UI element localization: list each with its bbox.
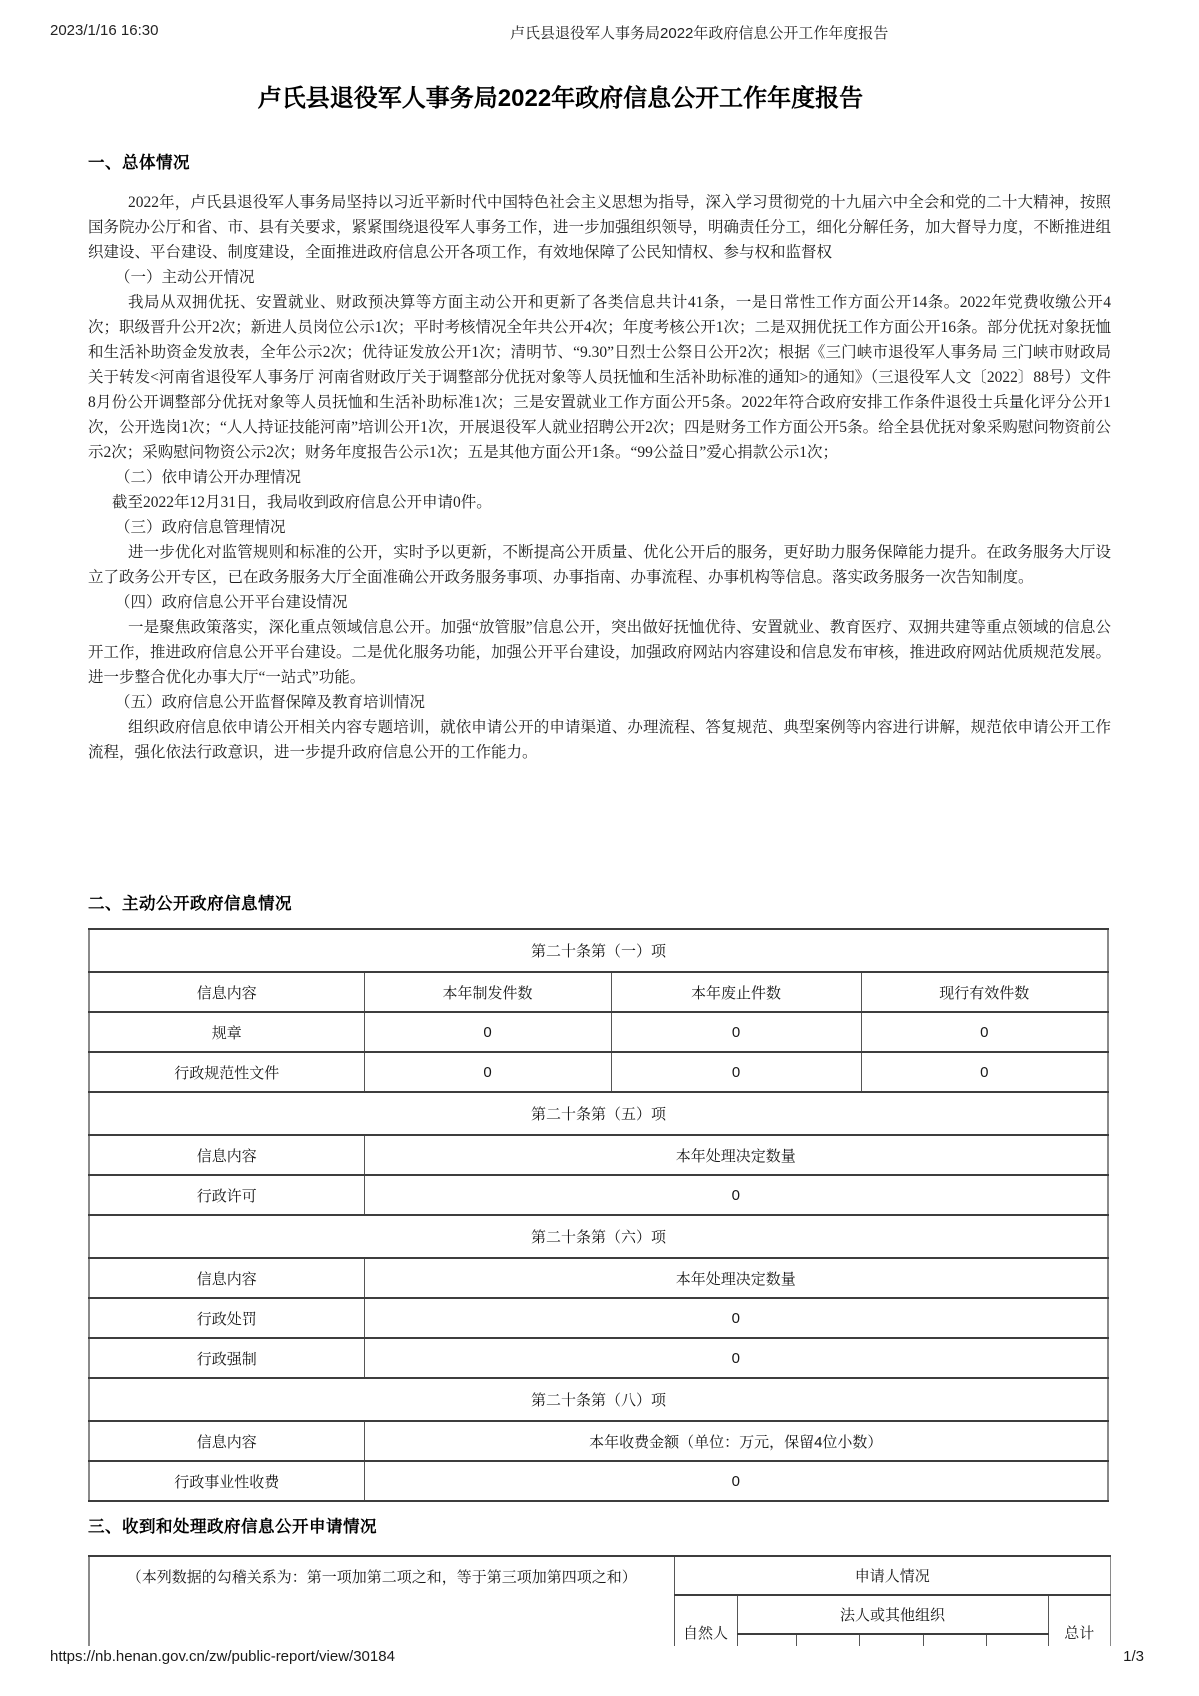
table-cell: 0 [364,1012,611,1052]
document-page: 卢氏县退役军人事务局2022年政府信息公开工作年度报告 一、总体情况 2022年… [0,84,1199,1646]
table-cell-cutoff [859,1634,923,1646]
subsection-heading-1: （一）主动公开情况 [88,265,1111,290]
table-header-row: 信息内容 本年处理决定数量 [89,1258,1108,1298]
table-header-cell: 本年处理决定数量 [364,1135,1108,1175]
table-section-title: 第二十条第（六）项 [89,1215,1108,1258]
subsection-heading-2: （二）依申请公开办理情况 [88,465,1111,490]
footer-url: https://nb.henan.gov.cn/zw/public-report… [50,1648,395,1665]
table-cell: 0 [611,1012,861,1052]
table-header-cell: 现行有效件数 [861,972,1108,1012]
paragraph-supervision: 组织政府信息依申请公开相关内容专题培训，就依申请公开的申请渠道、办理流程、答复规… [88,715,1111,765]
print-datetime: 2023/1/16 16:30 [50,22,158,39]
subsection-heading-3: （三）政府信息管理情况 [88,515,1111,540]
table-cell: 0 [364,1175,1108,1215]
table-header-row: 信息内容 本年制发件数 本年废止件数 现行有效件数 [89,972,1108,1012]
table-row: （本列数据的勾稽关系为：第一项加第二项之和，等于第三项加第四项之和） 申请人情况 [89,1556,1111,1595]
table-section-title: 第二十条第（八）项 [89,1378,1108,1421]
paragraph-info-management: 进一步优化对监管规则和标准的公开，实时予以更新，不断提高公开质量、优化公开后的服… [88,540,1111,590]
table-cell-cutoff [986,1634,1048,1646]
table-cell: 0 [364,1298,1108,1338]
table-header-row: 信息内容 本年收费金额（单位：万元，保留4位小数） [89,1421,1108,1461]
table-header-cell: 信息内容 [89,1421,364,1461]
table-cell: 0 [364,1338,1108,1378]
document-title: 卢氏县退役军人事务局2022年政府信息公开工作年度报告 [49,84,1072,114]
table-row: 行政处罚 0 [89,1298,1108,1338]
print-header-title: 卢氏县退役军人事务局2022年政府信息公开工作年度报告 [158,22,1149,43]
disclosure-table: 第二十条第（一）项 信息内容 本年制发件数 本年废止件数 现行有效件数 规章 0… [88,928,1109,1502]
table-cell: 0 [364,1052,611,1092]
overview-body: 2022年，卢氏县退役军人事务局坚持以习近平新时代中国特色社会主义思想为指导，深… [88,190,1111,765]
print-header: 2023/1/16 16:30 卢氏县退役军人事务局2022年政府信息公开工作年… [50,22,1149,43]
table-section-title: 第二十条第（五）项 [89,1092,1108,1135]
table-row: 行政事业性收费 0 [89,1461,1108,1501]
table-header-cell: 信息内容 [89,1135,364,1175]
table-cell: 行政事业性收费 [89,1461,364,1501]
table-cell: 行政强制 [89,1338,364,1378]
table-header-cell: 总计 [1048,1595,1111,1646]
table-cell: 0 [364,1461,1108,1501]
table-cell: 规章 [89,1012,364,1052]
table-cell: 行政处罚 [89,1298,364,1338]
section-heading-overview: 一、总体情况 [88,152,1111,174]
table-cell: 0 [611,1052,861,1092]
table-header-cell: 信息内容 [89,972,364,1012]
table-cell: 0 [861,1052,1108,1092]
subsection-heading-4: （四）政府信息公开平台建设情况 [88,590,1111,615]
paragraph-proactive: 我局从双拥优抚、安置就业、财政预决算等方面主动公开和更新了各类信息共计41条，一… [88,290,1111,465]
table-cell-cutoff [796,1634,859,1646]
requests-table: （本列数据的勾稽关系为：第一项加第二项之和，等于第三项加第四项之和） 申请人情况… [88,1555,1111,1646]
table-row: 行政规范性文件 0 0 0 [89,1052,1108,1092]
print-footer: https://nb.henan.gov.cn/zw/public-report… [50,1648,1144,1665]
requests-table-clip: （本列数据的勾稽关系为：第一项加第二项之和，等于第三项加第四项之和） 申请人情况… [88,1555,1111,1646]
table-row: 行政强制 0 [89,1338,1108,1378]
section-heading-requests: 三、收到和处理政府信息公开申请情况 [88,1516,1111,1538]
applicant-header-cell: 申请人情况 [674,1556,1111,1595]
table-header-cell: 自然人 [674,1595,737,1646]
section-overview: 一、总体情况 2022年，卢氏县退役军人事务局坚持以习近平新时代中国特色社会主义… [88,152,1111,893]
paragraph-intro: 2022年，卢氏县退役军人事务局坚持以习近平新时代中国特色社会主义思想为指导，深… [88,190,1111,265]
table-header-row: 信息内容 本年处理决定数量 [89,1135,1108,1175]
table-header-cell: 法人或其他组织 [737,1595,1048,1634]
table-note-cell: （本列数据的勾稽关系为：第一项加第二项之和，等于第三项加第四项之和） [89,1556,674,1646]
table-cell: 行政规范性文件 [89,1052,364,1092]
paragraph-platform: 一是聚焦政策落实，深化重点领域信息公开。加强“放管服”信息公开，突出做好抚恤优待… [88,615,1111,690]
table-span-row: 第二十条第（一）项 [89,929,1108,972]
table-cell-cutoff [737,1634,796,1646]
table-header-cell: 本年处理决定数量 [364,1258,1108,1298]
table-header-cell: 本年废止件数 [611,972,861,1012]
table-header-cell: 本年制发件数 [364,972,611,1012]
table-header-cell: 信息内容 [89,1258,364,1298]
table-cell: 0 [861,1012,1108,1052]
table-header-cell: 本年收费金额（单位：万元，保留4位小数） [364,1421,1108,1461]
page-indicator: 1/3 [1123,1648,1144,1665]
table-row: 规章 0 0 0 [89,1012,1108,1052]
table-span-row: 第二十条第（八）项 [89,1378,1108,1421]
table-span-row: 第二十条第（五）项 [89,1092,1108,1135]
table-section-title: 第二十条第（一）项 [89,929,1108,972]
section-heading-proactive-disclosure: 二、主动公开政府信息情况 [88,893,1111,915]
table-row: 行政许可 0 [89,1175,1108,1215]
subsection-heading-5: （五）政府信息公开监督保障及教育培训情况 [88,690,1111,715]
table-span-row: 第二十条第（六）项 [89,1215,1108,1258]
table-cell-cutoff [923,1634,986,1646]
table-cell: 行政许可 [89,1175,364,1215]
paragraph-on-request: 截至2022年12月31日，我局收到政府信息公开申请0件。 [88,490,1111,515]
